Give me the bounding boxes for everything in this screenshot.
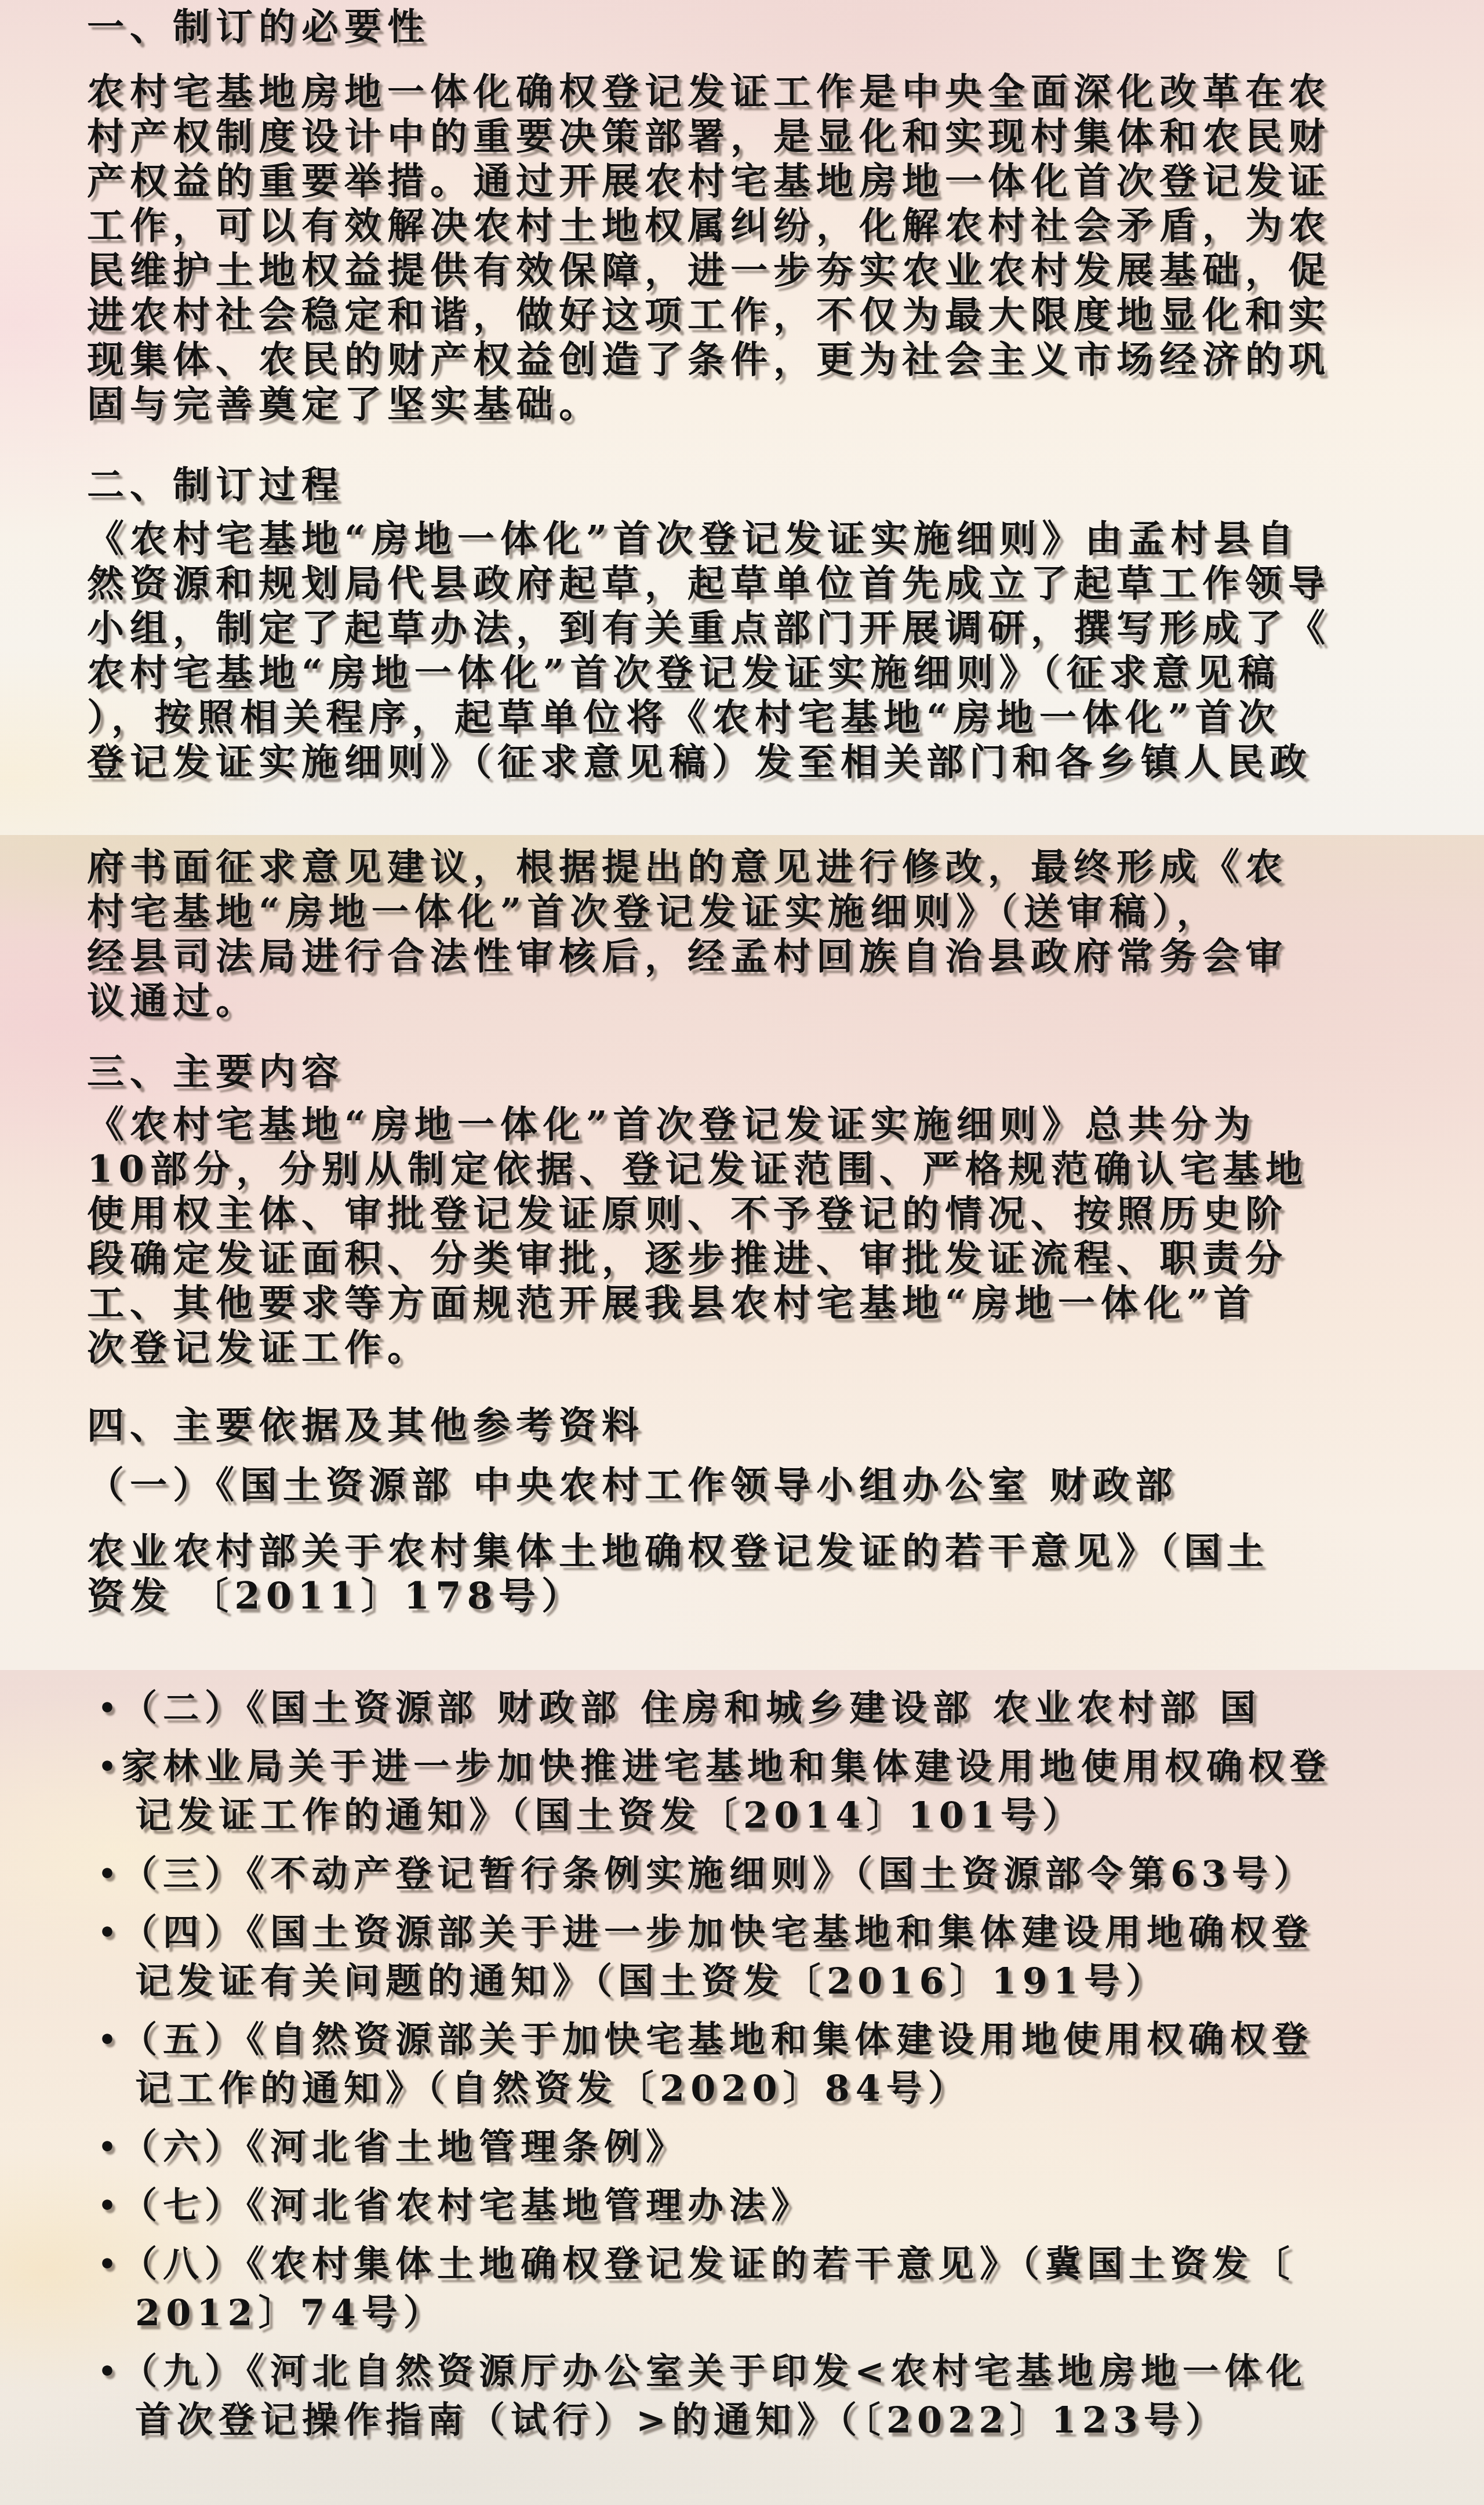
reference-item-4: • （四）《国土资源部关于进一步加快宅基地和集体建设用地确权登 记发证有关问题的… (98, 1908, 1420, 2006)
reference-item-5: • （五）《自然资源部关于加快宅基地和集体建设用地使用权确权登 记工作的通知》（… (98, 2016, 1420, 2113)
document-page: 一、制订的必要性 农村宅基地房地一体化确权登记发证工作是中央全面深化改革在农 村… (0, 0, 1484, 2505)
bullet-icon: • (98, 2016, 121, 2064)
reference-text: （六）《河北省土地管理条例》 (121, 2123, 688, 2172)
reference-1-line2: 农业农村部关于农村集体土地确权登记发证的若干意见》（国土 资发 〔2011〕17… (87, 1529, 1414, 1618)
reference-item-2: • （二）《国土资源部 财政部 住房和城乡建设部 农业农村部 国 (98, 1684, 1420, 1733)
bullet-icon: • (98, 1742, 121, 1791)
reference-item-8: • （八）《农村集体土地确权登记发证的若干意见》（冀国土资发〔 2012〕74号… (98, 2240, 1420, 2337)
heading-necessity: 一、制订的必要性 (87, 5, 1414, 49)
reference-item-9: • （九）《河北自然资源厅办公室关于印发<农村宅基地房地一体化 首次登记操作指南… (98, 2347, 1420, 2445)
slide-2: 府书面征求意见建议，根据提出的意见进行修改，最终形成《农 村宅基地“房地一体化”… (0, 835, 1484, 1670)
reference-text: （八）《农村集体土地确权登记发证的若干意见》（冀国土资发〔 2012〕74号） (121, 2240, 1296, 2337)
reference-text: （二）《国土资源部 财政部 住房和城乡建设部 农业农村部 国 (121, 1684, 1261, 1733)
slide-3: • （二）《国土资源部 财政部 住房和城乡建设部 农业农村部 国 • 家林业局关… (0, 1670, 1484, 2505)
bullet-icon: • (98, 2347, 121, 2396)
bullet-icon: • (98, 2240, 121, 2289)
reference-item-6: • （六）《河北省土地管理条例》 (98, 2123, 1420, 2172)
bullet-icon: • (98, 1850, 121, 1898)
reference-text: （三）《不动产登记暂行条例实施细则》（国土资源部令第63号） (121, 1850, 1315, 1898)
bullet-icon: • (98, 1908, 121, 1957)
reference-item-7: • （七）《河北省农村宅基地管理办法》 (98, 2181, 1420, 2230)
paragraph-necessity: 农村宅基地房地一体化确权登记发证工作是中央全面深化改革在农 村产权制度设计中的重… (87, 70, 1414, 427)
reference-1-line1: （一）《国土资源部 中央农村工作领导小组办公室 财政部 (87, 1463, 1414, 1508)
paragraph-process-continued: 府书面征求意见建议，根据提出的意见进行修改，最终形成《农 村宅基地“房地一体化”… (87, 845, 1414, 1023)
paragraph-process: 《农村宅基地“房地一体化”首次登记发证实施细则》由孟村县自 然资源和规划局代县政… (87, 517, 1414, 785)
bullet-icon: • (98, 2123, 121, 2172)
heading-main-content: 三、主要内容 (87, 1050, 1414, 1094)
reference-text: （五）《自然资源部关于加快宅基地和集体建设用地使用权确权登 记工作的通知》（自然… (121, 2016, 1314, 2113)
reference-text: （七）《河北省农村宅基地管理办法》 (121, 2181, 813, 2230)
reference-text: （九）《河北自然资源厅办公室关于印发<农村宅基地房地一体化 首次登记操作指南（试… (121, 2347, 1308, 2445)
reference-text: （四）《国土资源部关于进一步加快宅基地和集体建设用地确权登 记发证有关问题的通知… (121, 1908, 1314, 2006)
reference-text: 家林业局关于进一步加快推进宅基地和集体建设用地使用权确权登 记发证工作的通知》（… (121, 1742, 1332, 1840)
heading-references: 四、主要依据及其他参考资料 (87, 1403, 1414, 1448)
bullet-icon: • (98, 1684, 121, 1733)
heading-process: 二、制订过程 (87, 463, 1414, 507)
reference-item-2-continued: • 家林业局关于进一步加快推进宅基地和集体建设用地使用权确权登 记发证工作的通知… (98, 1742, 1420, 1840)
bullet-icon: • (98, 2181, 121, 2230)
paragraph-main-content: 《农村宅基地“房地一体化”首次登记发证实施细则》总共分为 10部分，分别从制定依… (87, 1102, 1414, 1370)
slide-1: 一、制订的必要性 农村宅基地房地一体化确权登记发证工作是中央全面深化改革在农 村… (0, 0, 1484, 835)
reference-item-3: • （三）《不动产登记暂行条例实施细则》（国土资源部令第63号） (98, 1850, 1420, 1898)
